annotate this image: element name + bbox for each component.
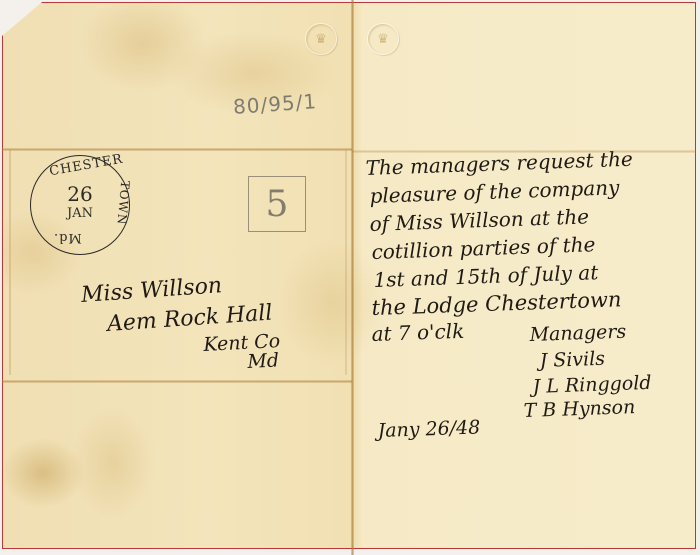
postage-rate-stamp: 5 — [248, 176, 306, 232]
signatory: T B Hynson — [523, 396, 635, 422]
signatory: J Sivils — [539, 348, 605, 372]
invitation-line: at 7 o'clk — [371, 319, 464, 346]
center-fold-line — [351, 0, 354, 555]
embossed-seal-icon: ♛ — [305, 23, 337, 55]
signature-heading: Managers — [529, 321, 626, 346]
postmark-ring-bottom: Md. — [53, 230, 82, 245]
postmark-month: JAN — [31, 206, 129, 221]
letter-date: Jany 26/48 — [377, 416, 480, 442]
signatory: J L Ringgold — [532, 372, 652, 398]
crown-icon: ♛ — [315, 32, 327, 47]
address-line: Md — [247, 349, 280, 373]
fold-line-upper-left — [2, 148, 352, 151]
postmark-stamp: CHESTER TOWN Md. 26 JAN — [30, 155, 130, 255]
crown-icon: ♛ — [377, 32, 389, 47]
fold-line-lower-left — [2, 380, 352, 383]
embossed-seal-icon: ♛ — [367, 23, 399, 55]
rate-value: 5 — [266, 184, 289, 225]
postmark-day: 26 — [31, 182, 129, 206]
fold-line-inner — [345, 150, 347, 375]
sheet-right-edge — [695, 2, 697, 549]
fold-line-left-edge — [9, 150, 11, 375]
